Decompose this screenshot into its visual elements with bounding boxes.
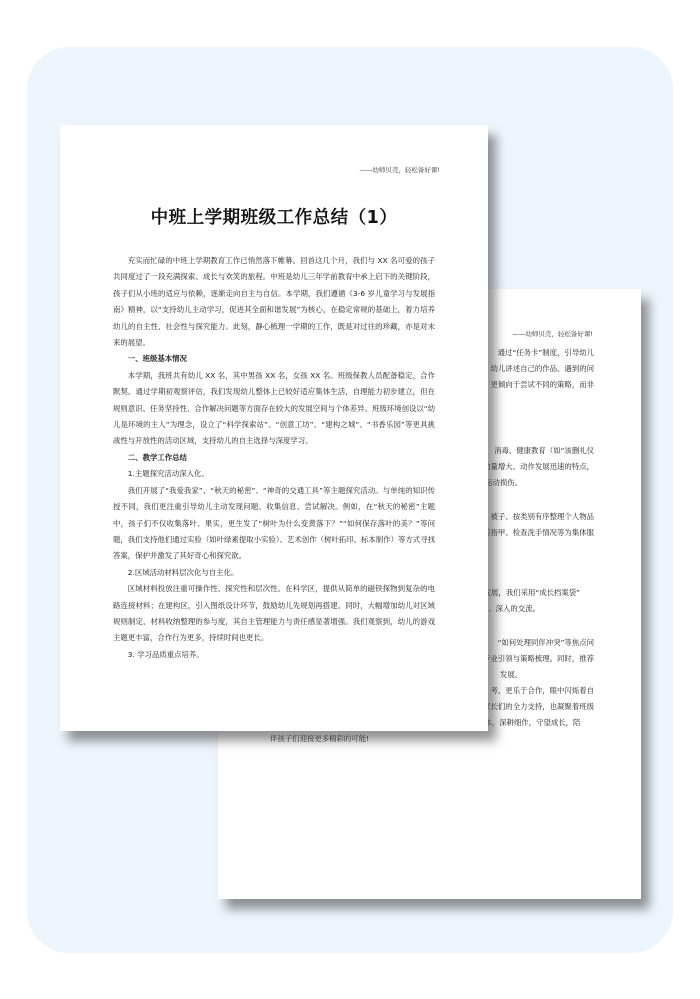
page-tagline: ——幼师贝壳，轻松备好课! bbox=[359, 165, 440, 174]
section-heading: 一、班级基本情况 bbox=[113, 351, 435, 367]
body-paragraph: 本学期，我班共有幼儿 XX 名，其中男孩 XX 名，女孩 XX 名。班级保教人员… bbox=[113, 368, 435, 450]
subsection-heading: 1.主题探究活动深入化。 bbox=[113, 466, 435, 482]
document-title: 中班上学期班级工作总结（1） bbox=[60, 204, 488, 229]
body-paragraph: 我们开展了“我爱我家”、“秋天的秘密”、“神奇的交通工具”等主题探究活动。与单纯… bbox=[113, 483, 435, 565]
body-paragraph: 区域材料投放注重可操作性、探究性和层次性。在科学区，提供从简单的磁铁探物到复杂的… bbox=[113, 581, 435, 647]
subsection-heading: 2.区域活动材料层次化与自主化。 bbox=[113, 565, 435, 581]
intro-paragraph: 充实而忙碌的中班上学期教育工作已悄然落下帷幕。回首这几个月，我们与 XX 名可爱… bbox=[113, 253, 435, 351]
page-tagline: ——幼师贝壳，轻松备好课! bbox=[512, 329, 593, 338]
document-page-front: ——幼师贝壳，轻松备好课! 中班上学期班级工作总结（1） 充实而忙碌的中班上学期… bbox=[60, 125, 488, 731]
document-body: 充实而忙碌的中班上学期教育工作已悄然落下帷幕。回首这几个月，我们与 XX 名可爱… bbox=[113, 253, 435, 663]
subsection-heading: 3. 学习品质重点培养。 bbox=[113, 647, 435, 663]
section-heading: 二、教学工作总结 bbox=[113, 450, 435, 466]
text-line: 伴孩子们迎接更多精彩的可能! bbox=[270, 731, 594, 747]
